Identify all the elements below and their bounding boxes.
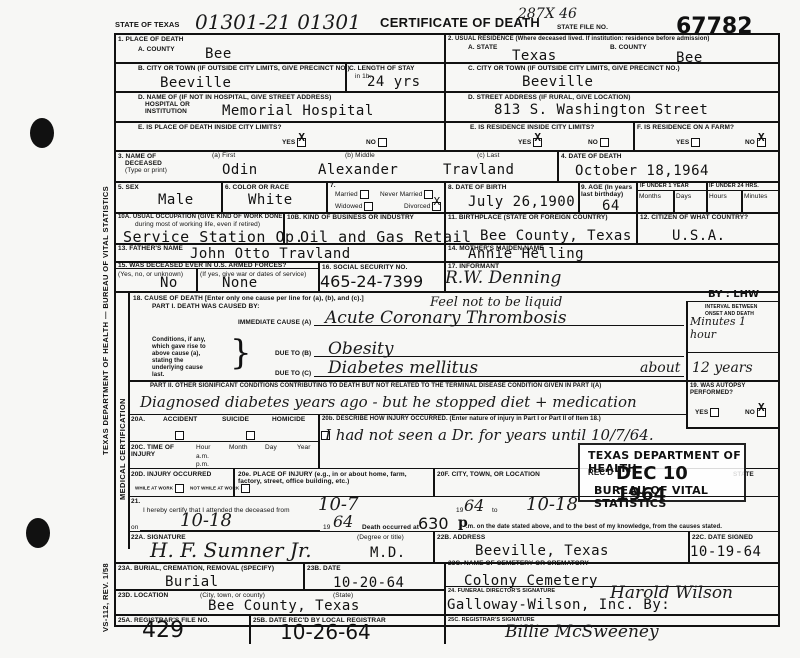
farm-no[interactable]: NO bbox=[745, 138, 766, 147]
punch-hole-top bbox=[30, 118, 54, 148]
suicide-checkbox[interactable] bbox=[246, 431, 255, 440]
marital-divorced[interactable]: Divorced bbox=[404, 202, 441, 211]
interval-immediate: Minutes 1 hour bbox=[690, 315, 770, 341]
residence-inside-city-yes[interactable]: YES bbox=[518, 138, 542, 147]
medical-cert-border bbox=[128, 291, 130, 549]
state-header: STATE OF TEXAS bbox=[115, 21, 179, 28]
father-name: John Otto Travland bbox=[190, 246, 351, 262]
death-inside-city-yes[interactable]: YES bbox=[282, 138, 306, 147]
citizenship: U.S.A. bbox=[672, 228, 726, 244]
last-name: Travland bbox=[443, 162, 514, 178]
social-security-no: 465-24-7399 bbox=[320, 272, 423, 291]
physician-degree: M.D. bbox=[370, 545, 406, 561]
autopsy-yes[interactable]: YES bbox=[695, 408, 719, 417]
while-at-work[interactable]: WHILE AT WORK bbox=[135, 484, 184, 493]
marital-married[interactable]: Married bbox=[335, 190, 369, 199]
residence-street: 813 S. Washington Street bbox=[494, 102, 708, 118]
length-of-stay: 24 yrs bbox=[367, 74, 421, 90]
occupation: Service Station Op. bbox=[123, 228, 304, 246]
burial-location: Bee County, Texas bbox=[208, 598, 360, 614]
death-certificate: TEXAS DEPARTMENT OF HEALTH — BUREAU OF V… bbox=[0, 0, 800, 658]
mother-name: Annie Helling bbox=[468, 246, 584, 262]
punch-hole-bottom bbox=[26, 518, 50, 548]
marital-never-married[interactable]: Never Married bbox=[380, 190, 433, 199]
registrar-file-no: 429 bbox=[142, 618, 184, 643]
due-to-c: Diabetes mellitus bbox=[328, 358, 478, 378]
side-label-dept: TEXAS DEPARTMENT OF HEALTH — BUREAU OF V… bbox=[101, 186, 110, 455]
informant: R.W. Denning bbox=[445, 268, 561, 288]
immediate-cause: Acute Coronary Thrombosis bbox=[325, 308, 567, 328]
accident-checkbox[interactable] bbox=[175, 431, 184, 440]
residence-inside-city-no[interactable]: NO bbox=[588, 138, 609, 147]
first-name: Odin bbox=[222, 162, 258, 178]
attended-to: 10-18 bbox=[526, 494, 578, 515]
disposition: Burial bbox=[165, 574, 219, 590]
injury-accident[interactable]: ACCIDENT bbox=[163, 416, 197, 423]
handwritten-code-right: 287X 46 bbox=[518, 6, 577, 22]
usual-residence-label: 2. USUAL RESIDENCE (Where deceased lived… bbox=[448, 36, 709, 43]
side-label-form-no: VS-112, REV. 1/58 bbox=[101, 563, 110, 632]
race: White bbox=[248, 192, 293, 208]
service-dates: None bbox=[222, 275, 258, 291]
by-initials: BY : LHW bbox=[708, 289, 759, 300]
certificate-title: CERTIFICATE OF DEATH bbox=[380, 15, 540, 30]
birthplace: Bee County, Texas bbox=[480, 228, 632, 244]
residence-county: Bee bbox=[676, 50, 703, 66]
attended-year1: 64 bbox=[464, 496, 484, 515]
farm-yes[interactable]: YES bbox=[676, 138, 700, 147]
handwritten-code-left: 01301-21 01301 bbox=[195, 10, 361, 34]
interval-c: 12 years bbox=[692, 360, 753, 376]
residence-city: Beeville bbox=[522, 74, 593, 90]
age: 64 bbox=[602, 198, 620, 214]
physician-signature: H. F. Sumner Jr. bbox=[150, 538, 312, 562]
autopsy-no[interactable]: NO bbox=[745, 408, 766, 417]
not-while-at-work[interactable]: NOT WHILE AT WORK bbox=[190, 484, 250, 493]
registrar-date: 10-26-64 bbox=[280, 620, 371, 644]
funeral-director-signature: Harold Wilson bbox=[610, 583, 733, 603]
middle-name: Alexander bbox=[318, 162, 398, 178]
death-county: Bee bbox=[205, 46, 232, 62]
physician-address: Beeville, Texas bbox=[475, 543, 609, 559]
date-signed: 10-19-64 bbox=[690, 544, 761, 560]
death-city: Beeville bbox=[160, 75, 231, 91]
armed-forces: No bbox=[160, 275, 178, 291]
last-seen-year: 64 bbox=[333, 512, 353, 531]
injury-description: I had not seen a Dr. for years until 10/… bbox=[325, 426, 654, 444]
sex: Male bbox=[158, 192, 194, 208]
hospital-name: Memorial Hospital bbox=[222, 103, 374, 119]
residence-state: Texas bbox=[512, 48, 557, 64]
marital-widowed[interactable]: Widowed bbox=[335, 202, 373, 211]
part2-conditions: Diagnosed diabetes years ago - but he st… bbox=[140, 393, 637, 411]
place-of-death-label: 1. PLACE OF DEATH bbox=[118, 36, 184, 43]
date-of-birth: July 26,1900 bbox=[468, 194, 575, 210]
registrar-signature: Billie McSweeney bbox=[505, 622, 659, 642]
conditions-note: Conditions, if any, which gave rise to a… bbox=[152, 337, 214, 379]
date-of-death: October 18,1964 bbox=[575, 163, 709, 179]
injury-suicide[interactable]: SUICIDE bbox=[222, 416, 249, 423]
death-inside-city-no[interactable]: NO bbox=[366, 138, 387, 147]
brace: } bbox=[230, 336, 252, 370]
due-to-b: Obesity bbox=[328, 339, 393, 359]
due-to-c-note: about bbox=[640, 360, 680, 376]
state-file-no-label: STATE FILE NO. bbox=[557, 24, 608, 31]
last-seen-on: 10-18 bbox=[180, 510, 232, 531]
received-stamp: TEXAS DEPARTMENT OF HEALTH REC'D DEC 10 … bbox=[578, 443, 746, 502]
injury-homicide[interactable]: HOMICIDE bbox=[272, 416, 305, 423]
